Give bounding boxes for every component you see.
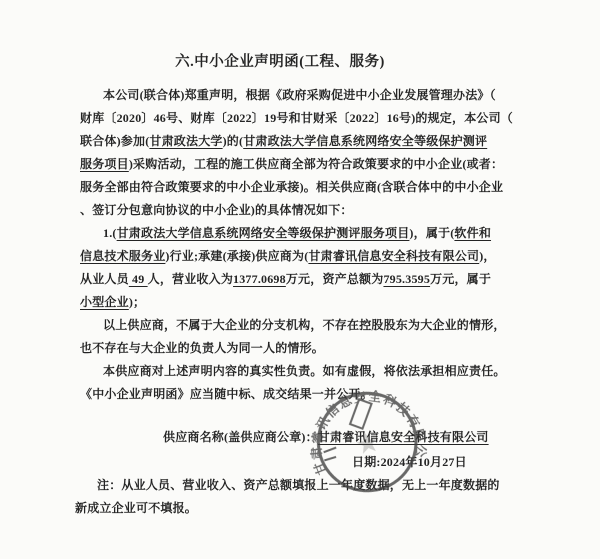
document-title: 六.中小企业声明函(工程、服务) [80,50,480,71]
filled-blank: 甘肃睿讯信息安全科技有限公司 [308,249,479,263]
filled-blank: 软件和 [454,226,491,240]
filled-blank: 小型企业 [80,295,129,309]
filled-blank: 信息技术服务业 [80,249,165,263]
text-segment: )， [479,249,495,263]
text-segment: 也不存在与大企业的负责人为同一人的情形。 [80,341,324,355]
doc-line: 本公司(联合体)郑重声明，根据《政府采购促进中小企业发展管理办法》（ [80,84,510,107]
signature-company-name: 甘肃睿讯信息安全科技有限公司 [318,430,489,444]
text-segment: )采购活动，工程的施工供应商全部为符合政策要求的中小企业(或者： [129,157,503,171]
text-segment: )行业;承建(承接)供应商为( [165,249,308,263]
doc-line: 服务项目)采购活动，工程的施工供应商全部为符合政策要求的中小企业(或者： [80,153,510,176]
filled-blank: 795.3595 [383,272,430,286]
doc-line: 小型企业)； [80,291,510,314]
text-segment: 财库〔2020〕46号、财库〔2022〕19号和甘财采〔2022〕16号)的规定… [80,111,513,125]
text-segment: 《中小企业声明函》应当随中标、成交结果一并公开。 [80,387,373,401]
text-segment: 万元，资产总额为 [286,272,384,286]
text-segment: 以上供应商，不属于大企业的分支机构，不存在控股股东为大企业的情形， [103,318,506,332]
text-segment: 万元，属于 [430,272,491,286]
filled-blank: 甘肃政法大学 [149,134,222,148]
doc-line: 、签订分包意向协议的中小企业)的具体情况如下： [80,199,510,222]
text-segment: 本供应商对上述声明内容的真实性负责。如有虚假，将依法承担相应责任。 [103,364,506,378]
doc-line: 以上供应商，不属于大企业的分支机构，不存在控股股东为大企业的情形， [80,314,510,337]
text-segment: 本公司(联合体)郑重声明，根据《政府采购促进中小企业发展管理办法》（ [103,88,496,102]
filled-blank: 服务项目 [80,157,129,171]
note-line-1: 注：从业人员、营业收入、资产总额填报上一年度数据，无上一年度数据的 [97,478,500,492]
text-segment: )； [129,295,145,309]
text-segment: 服务全部由符合政策要求的中小企业承接)。相关供应商(含联合体中的中小企业 [80,180,503,194]
text-segment: )，属于( [409,226,454,240]
signature-label: 供应商名称(盖供应商公章)： [163,430,318,444]
doc-line: 从业人员 49 人，营业收入为1377.0698万元，资产总额为795.3595… [80,268,510,291]
doc-line: 财库〔2020〕46号、财库〔2022〕19号和甘财采〔2022〕16号)的规定… [80,107,510,130]
filled-blank: 49 [129,272,148,286]
filled-blank: 甘肃政法大学信息系统网络安全等级保护测评 [243,134,487,148]
date-line: 日期:2024年10月27日 [352,455,467,469]
filled-blank: 1377.0698 [233,272,286,286]
signature-line: 供应商名称(盖供应商公章)：甘肃睿讯信息安全科技有限公司 [163,430,489,444]
text-segment: 人，营业收入为 [148,272,233,286]
doc-line: 《中小企业声明函》应当随中标、成交结果一并公开。 [80,383,510,406]
doc-line: 联合体)参加(甘肃政法大学)的(甘肃政法大学信息系统网络安全等级保护测评 [80,130,510,153]
doc-line: 也不存在与大企业的负责人为同一人的情形。 [80,337,510,360]
text-segment: 1.( [103,226,117,240]
doc-body: 本公司(联合体)郑重声明，根据《政府采购促进中小企业发展管理办法》（财库〔202… [80,84,510,406]
doc-line: 1.(甘肃政法大学信息系统网络安全等级保护测评服务项目)，属于(软件和 [80,222,510,245]
filled-blank: 甘肃政法大学信息系统网络安全等级保护测评服务项目 [117,226,410,240]
text-segment: 、签订分包意向协议的中小企业)的具体情况如下： [80,203,353,217]
seal-inner-mark [313,397,381,460]
document-page: 六.中小企业声明函(工程、服务) 本公司(联合体)郑重声明，根据《政府采购促进中… [0,0,600,559]
text-segment: )的( [223,134,244,148]
text-segment: 从业人员 [80,272,129,286]
doc-line: 本供应商对上述声明内容的真实性负责。如有虚假，将依法承担相应责任。 [80,360,510,383]
doc-line: 信息技术服务业)行业;承建(承接)供应商为(甘肃睿讯信息安全科技有限公司)， [80,245,510,268]
note-line-2: 新成立企业可不填报。 [75,501,197,515]
doc-line: 服务全部由符合政策要求的中小企业承接)。相关供应商(含联合体中的中小企业 [80,176,510,199]
text-segment: 联合体)参加( [80,134,149,148]
